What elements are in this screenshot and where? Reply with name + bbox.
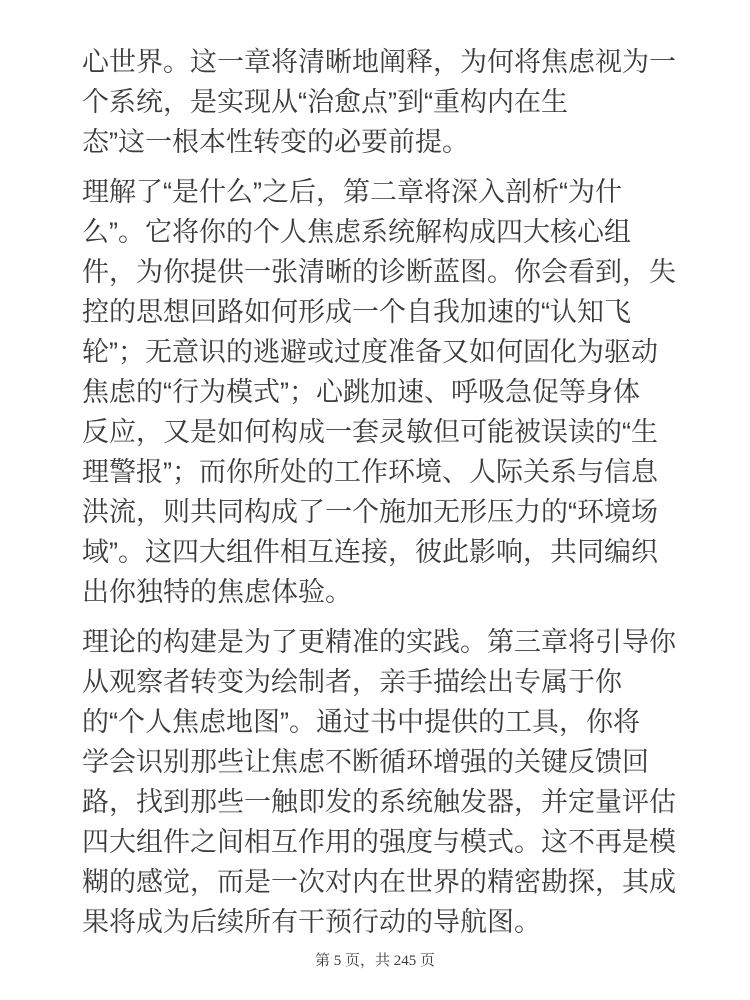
text-line: 糊的感觉，而是一次对内在世界的精密勘探，其成 — [82, 862, 704, 902]
page-number-label: 第 5 页，共 245 页 — [315, 953, 435, 969]
text-line: 么”。它将你的个人焦虑系统解构成四大核心组 — [82, 212, 704, 252]
text-line: 轮”；无意识的逃避或过度准备又如何固化为驱动 — [82, 332, 704, 372]
text-line: 理论的构建是为了更精准的实践。第三章将引导你 — [82, 622, 704, 662]
text-line: 四大组件之间相互作用的强度与模式。这不再是模 — [82, 822, 704, 862]
page-footer: 第 5 页，共 245 页 — [0, 952, 750, 970]
paragraph-1: 心世界。这一章将清晰地阐释，为何将焦虑视为一个系统，是实现从“治愈点”到“重构内… — [82, 42, 704, 162]
text-line: 焦虑的“行为模式”；心跳加速、呼吸急促等身体 — [82, 372, 704, 412]
text-line: 反应，又是如何构成一套灵敏但可能被误读的“生 — [82, 412, 704, 452]
text-line: 学会识别那些让焦虑不断循环增强的关键反馈回 — [82, 742, 704, 782]
text-line: 的“个人焦虑地图”。通过书中提供的工具，你将 — [82, 702, 704, 742]
text-line: 从观察者转变为绘制者，亲手描绘出专属于你 — [82, 662, 704, 702]
text-line: 洪流，则共同构成了一个施加无形压力的“环境场 — [82, 492, 704, 532]
text-line: 理警报”；而你所处的工作环境、人际关系与信息 — [82, 452, 704, 492]
text-line: 控的思想回路如何形成一个自我加速的“认知飞 — [82, 292, 704, 332]
document-body: 心世界。这一章将清晰地阐释，为何将焦虑视为一个系统，是实现从“治愈点”到“重构内… — [0, 0, 750, 942]
text-line: 心世界。这一章将清晰地阐释，为何将焦虑视为一 — [82, 42, 704, 82]
text-line: 态”这一根本性转变的必要前提。 — [82, 122, 704, 162]
text-line: 路，找到那些一触即发的系统触发器，并定量评估 — [82, 782, 704, 822]
paragraph-2: 理解了“是什么”之后，第二章将深入剖析“为什么”。它将你的个人焦虑系统解构成四大… — [82, 172, 704, 612]
text-line: 果将成为后续所有干预行动的导航图。 — [82, 902, 704, 942]
text-line: 域”。这四大组件相互连接，彼此影响，共同编织 — [82, 532, 704, 572]
text-line: 件，为你提供一张清晰的诊断蓝图。你会看到，失 — [82, 252, 704, 292]
document-page: 心世界。这一章将清晰地阐释，为何将焦虑视为一个系统，是实现从“治愈点”到“重构内… — [0, 0, 750, 1000]
text-line: 出你独特的焦虑体验。 — [82, 572, 704, 612]
paragraph-3: 理论的构建是为了更精准的实践。第三章将引导你从观察者转变为绘制者，亲手描绘出专属… — [82, 622, 704, 942]
text-line: 理解了“是什么”之后，第二章将深入剖析“为什 — [82, 172, 704, 212]
text-line: 个系统，是实现从“治愈点”到“重构内在生 — [82, 82, 704, 122]
